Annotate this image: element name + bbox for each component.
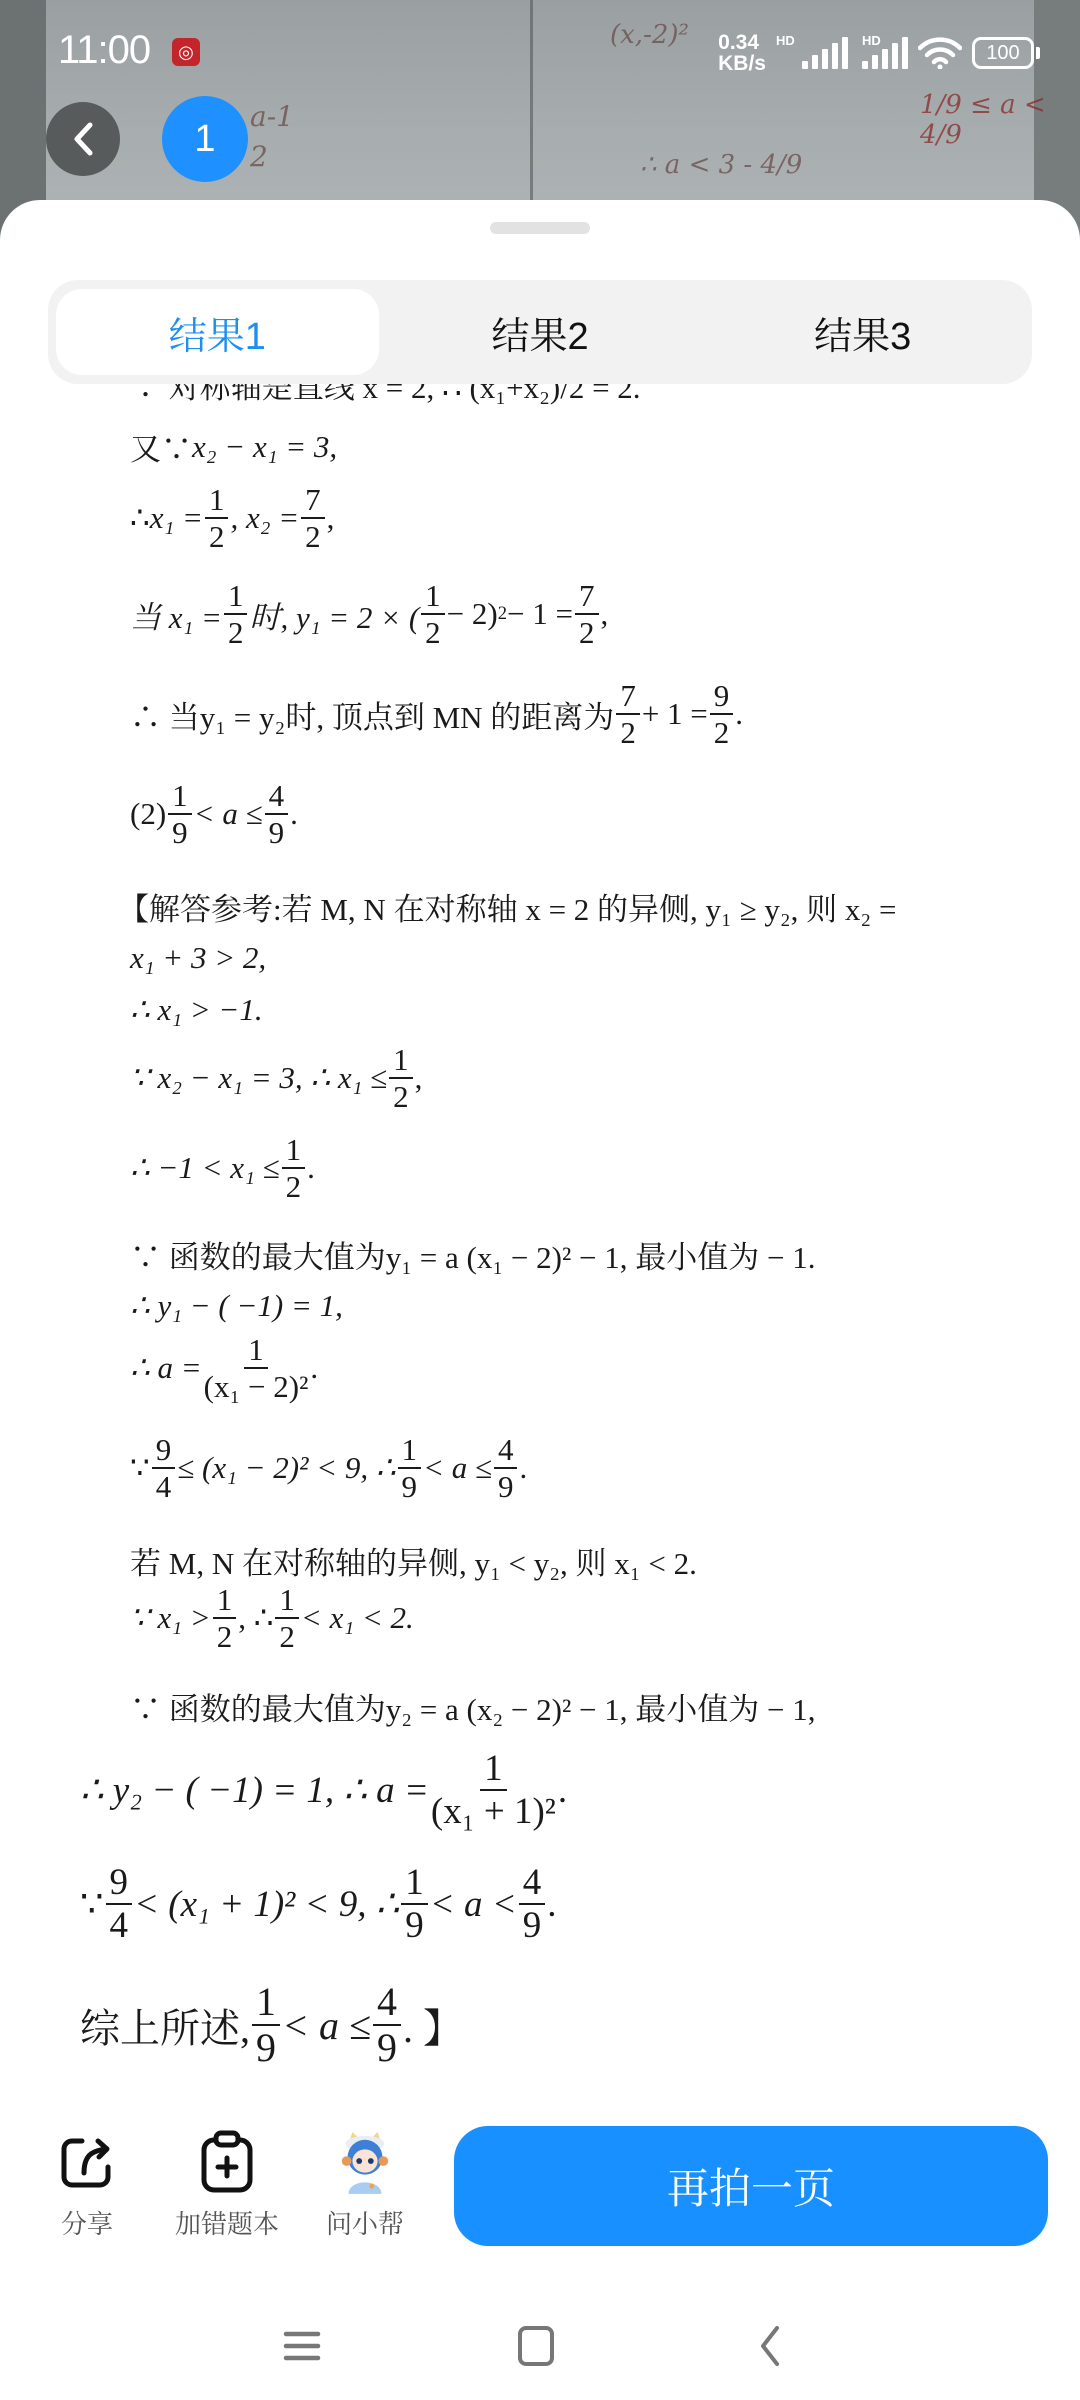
fraction: 12 [282,1134,306,1202]
status-indicators: 0.34 KB/s HD HD 100 [718,32,1040,74]
solution-line: 【解答参考:若 M, N 在对称轴 x = 2 的异侧, y₁ ≥ y₂, 则 … [118,884,896,929]
helper-avatar-icon [335,2129,395,2195]
solution-line: ∵ x₁ > 12 , ∴ 12 < x₁ < 2. [130,1584,414,1652]
solution-line: x₁ + 3 > 2, [130,940,266,976]
solution-line: 又∵ x₂ − x₁ = 3, [130,424,337,469]
solution-text: . [735,696,743,732]
solution-line: ∵ 函数的最大值为y₂ = a (x₂ − 2)² − 1, 最小值为 − 1, [130,1684,816,1729]
fraction: 94 [106,1864,133,1944]
signal-sim1-icon: HD [776,37,848,69]
solution-line: ∴ y₁ − ( −1) = 1, [130,1288,343,1324]
solution-text: , [601,596,609,632]
back-button[interactable] [46,102,120,176]
fraction: 19 [168,780,192,848]
bottom-action-bar: 分享 加错题本 [0,2116,1080,2296]
fraction: 72 [575,580,599,648]
solution-line: 若 M, N 在对称轴的异侧, y₁ < y₂, 则 x₁ < 2. [130,1538,697,1583]
fraction: 12 [389,1044,413,1112]
solution-math: 时, y₁ = 2 × ( [249,592,419,637]
fraction: 19 [401,1864,428,1944]
share-icon [58,2133,116,2191]
solution-line-cut: ∵ 对称轴是直线 x = 2, ∴ (x₁+x₂)/2 = 2. [130,384,641,407]
fraction: 1(x₁ + 1)² [431,1750,556,1830]
status-bar: 11:00 ◎ 0.34 KB/s HD HD 100 [0,0,1080,100]
fraction: 94 [152,1434,176,1502]
results-sheet: 结果1 结果2 结果3 ∵ 对称轴是直线 x = 2, ∴ (x₁+x₂)/2 … [0,200,1080,2400]
battery-icon: 100 [972,37,1040,69]
solution-text: ∵ 对称轴是直线 x = 2, ∴ (x₁+x₂)/2 = 2. [130,384,641,407]
fraction: 12 [213,1584,237,1652]
system-navigation-bar [0,2296,1080,2400]
solution-text: 【解答参考:若 M, N 在对称轴 x = 2 的异侧, y₁ ≥ y₂, 则 … [118,884,896,929]
chevron-left-icon [68,119,98,159]
signal-sim2-icon: HD [858,37,908,69]
fraction: 49 [265,780,289,848]
network-speed-value: 0.34 [718,32,766,53]
add-mistake-label: 加错题本 [175,2204,279,2241]
tab-result-3[interactable]: 结果3 [701,289,1024,375]
solution-text: ∴ 当y₁ = y₂时, 顶点到 MN 的距离为 [130,692,614,737]
sheet-drag-handle[interactable] [490,222,590,234]
fraction: 19 [398,1434,422,1502]
solution-text: 又∵ [130,424,192,469]
solution-math: , x₂ = [230,500,299,536]
fraction: 92 [710,680,734,748]
photo-scribble: ∴ a < 3 - 4/9 [640,150,802,180]
solution-line: ∴ −1 < x₁ ≤ 12 . [130,1134,315,1202]
solution-line: ∴ x₁ > −1. [130,992,263,1028]
solution-line: ∴ 当y₁ = y₂时, 顶点到 MN 的距离为 72 + 1 = 92 . [130,680,743,748]
solution-line: ∴ y₂ − ( −1) = 1, ∴ a = 1(x₁ + 1)² . [80,1750,567,1830]
photo-scribble: 2 [250,140,268,173]
share-button[interactable]: 分享 [22,2132,152,2241]
solution-text: ∵ 函数的最大值为y₂ = a (x₂ − 2)² − 1, 最小值为 − 1, [130,1684,816,1729]
solution-math: ≤ (x₁ − 2)² < 9, ∴ [177,1450,395,1486]
fraction: 72 [616,680,640,748]
solution-math: x₁ + 3 > 2, [130,940,266,976]
solution-text: − 2) [447,596,498,632]
solution-text: − 1 = [507,596,573,632]
solution-line: ∵ x₂ − x₁ = 3, ∴ x₁ ≤ 12 , [130,1044,422,1112]
battery-level: 100 [986,42,1019,65]
solution-math: < a < [430,1883,517,1926]
solution-math: ∴ y₂ − ( −1) = 1, ∴ a = [80,1768,429,1812]
fraction: 49 [373,1982,401,2068]
fraction: 12 [421,580,445,648]
solution-text: . [290,796,298,832]
solution-line: 当 x₁ = 12 时, y₁ = 2 × ( 12 − 2)2 − 1 = 7… [130,580,608,648]
solution-line-answer-2: (2) 19 < a ≤ 49 . [130,780,298,848]
sim2-hd-label: HD [862,33,881,48]
retake-page-button[interactable]: 再拍一页 [454,2126,1048,2246]
system-back-button[interactable] [740,2316,800,2376]
solution-math: 当 x₁ = [130,592,222,637]
ask-helper-button[interactable]: 问小帮 [300,2132,430,2241]
result-tabs: 结果1 结果2 结果3 [48,280,1032,384]
solution-text: . [519,1450,527,1486]
solution-math: ∴ a = [130,1350,202,1386]
solution-line: ∵ 94 < (x₁ + 1)² < 9, ∴ 19 < a < 49 . [80,1864,556,1944]
solution-text: ∵ 函数的最大值为y₁ = a (x₁ − 2)² − 1, 最小值为 − 1. [130,1232,816,1277]
sim1-hd-label: HD [776,33,795,48]
solution-math: ∴ −1 < x₁ ≤ [130,1150,280,1186]
solution-text: . [558,1769,567,1812]
solution-line: ∵ 函数的最大值为y₁ = a (x₁ − 2)² − 1, 最小值为 − 1. [130,1232,816,1277]
notification-app-icon: ◎ [172,38,200,66]
solution-math: x₂ − x₁ = 3, [192,429,337,465]
fraction: 12 [224,580,248,648]
solution-math: ∵ x₁ > [130,1600,211,1636]
ask-helper-label: 问小帮 [326,2204,404,2241]
fraction: 49 [519,1864,546,1944]
solution-line: ∴ a = 1(x₁ − 2)² . [130,1334,318,1402]
solution-math: ∴ y₁ − ( −1) = 1, [130,1288,343,1324]
fraction: 19 [252,1982,280,2068]
solution-math: < a ≤ [194,796,263,832]
solution-text: . [307,1150,315,1186]
solution-content: ∵ 对称轴是直线 x = 2, ∴ (x₁+x₂)/2 = 2. 又∵ x₂ −… [0,384,1080,2316]
fraction: 12 [205,484,229,552]
menu-icon [282,2326,322,2366]
share-label: 分享 [61,2204,113,2241]
photo-scribble: a-1 [250,100,294,133]
solution-math: < a ≤ [282,2002,371,2049]
exponent: 2 [498,603,507,625]
solution-text: ∵ [130,1450,150,1486]
page-number-badge[interactable]: 1 [162,96,248,182]
clipboard-plus-icon [198,2130,256,2194]
fraction: 49 [494,1434,518,1502]
solution-math: < x₁ < 2. [301,1600,414,1636]
solution-text: . [547,1883,556,1926]
solution-line-conclusion: 综上所述, 19 < a ≤ 49 . 】 [80,1982,463,2068]
tab-result-2[interactable]: 结果2 [379,289,702,375]
back-chevron-icon [755,2324,785,2368]
solution-math: ∵ x₂ − x₁ = 3, ∴ x₁ ≤ [130,1060,387,1096]
solution-text: ∴ [130,500,150,536]
fraction: 12 [275,1584,299,1652]
fraction: 1(x₁ − 2)² [204,1334,309,1402]
solution-text: (2) [130,796,166,832]
home-button[interactable] [506,2316,566,2376]
add-to-mistake-book-button[interactable]: 加错题本 [162,2132,292,2241]
solution-math: < a ≤ [423,1450,492,1486]
solution-math: < (x₁ + 1)² < 9, ∴ [134,1882,399,1926]
solution-line: ∴ x₁ = 12 , x₂ = 72 , [130,484,334,552]
status-time: 11:00 [58,28,150,73]
solution-math: ∴ x₁ > −1. [130,992,263,1028]
solution-text: . [310,1350,318,1386]
solution-text: , ∴ [238,1600,273,1636]
solution-text: 若 M, N 在对称轴的异侧, y₁ < y₂, 则 x₁ < 2. [130,1538,697,1583]
solution-text: . 】 [403,1997,463,2054]
recent-apps-button[interactable] [272,2316,332,2376]
solution-text: + 1 = [642,696,708,732]
solution-text: 综上所述, [80,1997,250,2054]
solution-text: ∵ [80,1882,104,1926]
tab-result-1[interactable]: 结果1 [56,289,379,375]
network-speed-unit: KB/s [718,53,766,74]
wifi-icon [918,37,962,69]
solution-line: ∵ 94 ≤ (x₁ − 2)² < 9, ∴ 19 < a ≤ 49 . [130,1434,527,1502]
network-speed: 0.34 KB/s [718,32,766,74]
solution-math: x₁ = [150,500,203,536]
solution-text: , [327,500,335,536]
solution-text: , [415,1060,423,1096]
home-square-icon [516,2324,556,2368]
fraction: 72 [301,484,325,552]
